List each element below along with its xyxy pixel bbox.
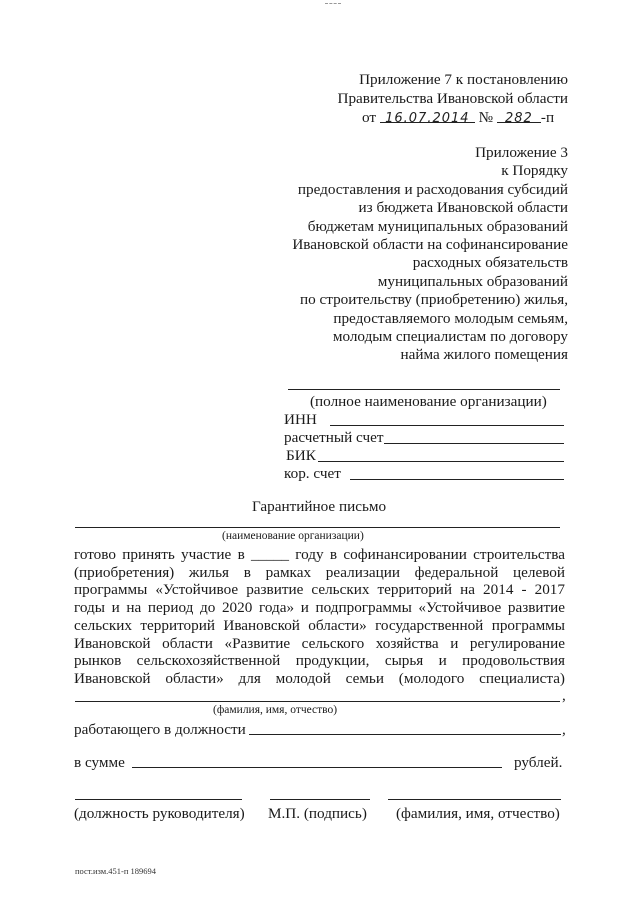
appendix-line: к Порядку (501, 161, 568, 180)
amount-label: в сумме (74, 753, 125, 772)
letter-body-line: (приобретения) жилья в рамках реализации… (74, 563, 565, 582)
letter-body-line: сельских территорий Ивановской области» … (74, 616, 565, 635)
bik-label: БИК (286, 446, 316, 465)
head-position-caption: (должность руководителя) (74, 804, 245, 823)
position-label: работающего в должности (74, 720, 246, 739)
fio-caption: (фамилия, имя, отчество) (213, 704, 337, 716)
inn-label: ИНН (284, 410, 317, 429)
appendix-line: расходных обязательств (413, 253, 568, 272)
date-field: 16.07.2014 (380, 108, 475, 123)
header-line-1: Приложение 7 к постановлению (359, 70, 568, 89)
letter-body-line: Ивановской области «Развитие сельского х… (74, 634, 565, 653)
number-field: 282 (497, 108, 541, 123)
fio-comma: , (562, 686, 566, 705)
appendix-line: найма жилого помещения (400, 345, 568, 364)
org-name-fill-caption: (наименование организации) (222, 530, 364, 542)
appendix-line: по строительству (приобретению) жилья, (300, 290, 568, 309)
bik-line (318, 461, 564, 462)
position-line (249, 734, 561, 735)
letter-body-line: рынков сельскохозяйственной продукции, с… (74, 651, 565, 670)
scan-mark (325, 3, 341, 7)
appendix-line: Приложение 3 (475, 143, 568, 162)
number-prefix: № (479, 109, 494, 126)
footer-note: пост.изм.451-п 189694 (75, 866, 156, 876)
account-label: расчетный счет (284, 428, 384, 447)
amount-suffix: рублей. (514, 753, 562, 772)
appendix-line: предоставления и расходования субсидий (298, 180, 568, 199)
fio-line (75, 701, 560, 702)
inn-line (330, 425, 564, 426)
corr-account-label: кор. счет (284, 464, 341, 483)
appendix-line: из бюджета Ивановской области (359, 198, 568, 217)
head-fio-caption: (фамилия, имя, отчество) (396, 804, 560, 823)
stamp-signature-caption: М.П. (подпись) (268, 804, 367, 823)
appendix-line: молодым специалистам по договору (333, 327, 568, 346)
date-prefix: от (362, 109, 376, 126)
number-value: 282 (505, 111, 533, 126)
appendix-line: предоставляемого молодым семьям, (333, 309, 568, 328)
appendix-line: муниципальных образований (378, 272, 568, 291)
appendix-line: бюджетам муниципальных образований (308, 217, 568, 236)
date-value: 16.07.2014 (385, 111, 469, 126)
letter-body-line: готово принять участие в _____ году в со… (74, 545, 565, 564)
position-comma: , (562, 720, 566, 739)
letter-body-line: годы и на период до 2020 года» и подпрог… (74, 598, 565, 617)
header-line-2: Правительства Ивановской области (338, 89, 569, 108)
account-line (384, 443, 564, 444)
number-suffix: -п (541, 109, 554, 126)
head-position-line (75, 799, 242, 800)
corr-account-line (350, 479, 564, 480)
org-name-line (288, 389, 560, 390)
letter-body-line: программы «Устойчивое развитие сельских … (74, 580, 565, 599)
letter-title: Гарантийное письмо (252, 497, 386, 516)
appendix-line: Ивановской области на софинансирование (292, 235, 568, 254)
header-date-line: от 16.07.2014 № 282-п (362, 108, 554, 127)
signature-line (270, 799, 370, 800)
org-name-caption: (полное наименование организации) (310, 392, 547, 411)
head-fio-line (388, 799, 561, 800)
letter-body-line: Ивановской области» для молодой семьи (м… (74, 669, 565, 688)
amount-line (132, 767, 502, 768)
org-name-fill-line (75, 527, 560, 528)
